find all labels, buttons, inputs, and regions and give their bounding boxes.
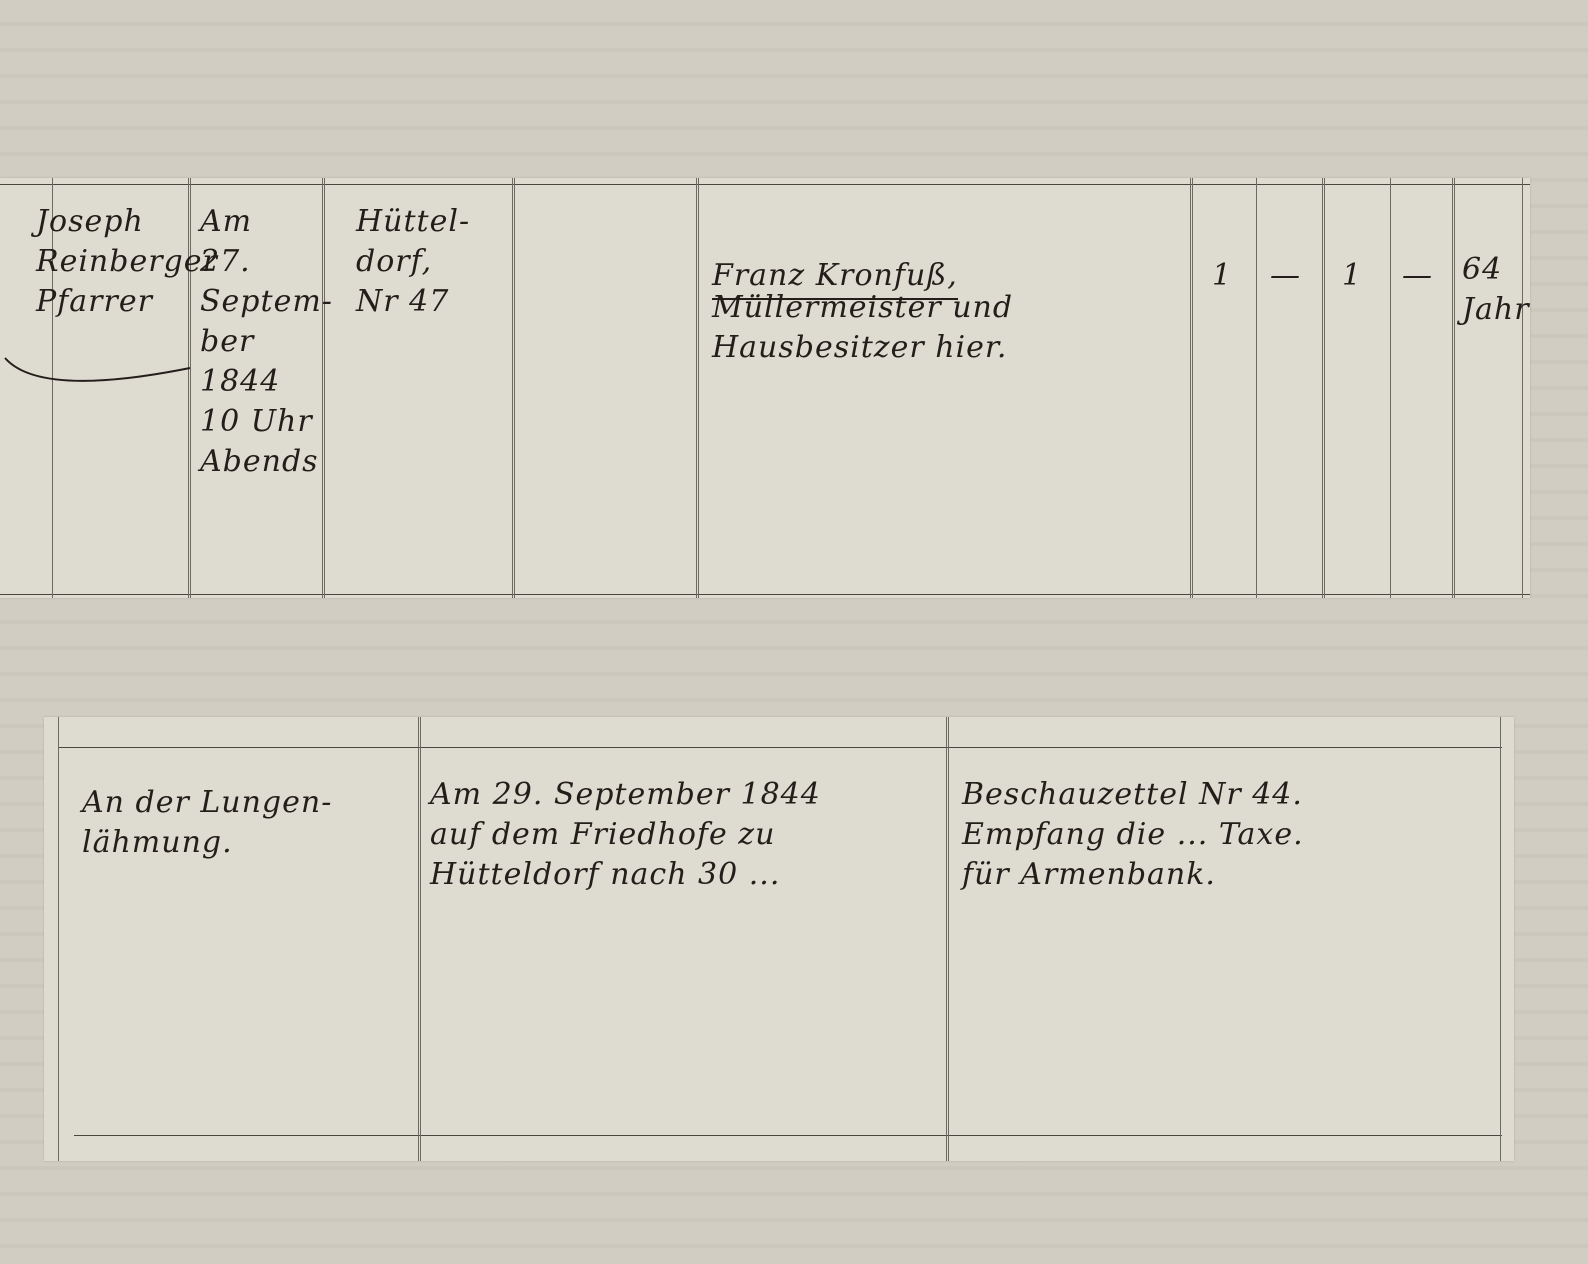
- remarks: Beschauzettel Nr 44. Empfang die ... Tax…: [962, 775, 1492, 895]
- top-rule: [0, 184, 1530, 185]
- bottom-rule: [0, 594, 1530, 595]
- column-rule: [1256, 178, 1257, 598]
- column-rule: [58, 717, 59, 1161]
- bracket-curve: [0, 328, 200, 398]
- cause-of-death: An der Lungen- lähmung.: [82, 783, 412, 863]
- column-rule: [1522, 178, 1523, 598]
- register-row-lower: An der Lungen- lähmung. Am 29. September…: [44, 717, 1514, 1161]
- column-rule: [418, 717, 421, 1161]
- place-of-death: Hüttel- dorf, Nr 47: [356, 202, 516, 322]
- date-of-death: Am 27. Septem- ber 1844 10 Uhr Abends: [200, 202, 325, 482]
- register-row-upper: Joseph Reinberger Pfarrer Am 27. Septem-…: [0, 178, 1530, 598]
- religion-catholic: 1: [1212, 256, 1232, 296]
- sex-male: 1: [1342, 256, 1362, 296]
- occupation: Müllermeister und Hausbesitzer hier.: [712, 288, 1192, 368]
- top-rule: [58, 747, 1502, 748]
- sex-female: —: [1402, 256, 1433, 296]
- column-rule: [1390, 178, 1391, 598]
- column-rule: [1500, 717, 1501, 1161]
- burial-info: Am 29. September 1844 auf dem Friedhofe …: [430, 775, 940, 895]
- column-rule: [696, 178, 699, 598]
- age: 64 Jahr: [1462, 250, 1532, 330]
- column-rule: [946, 717, 949, 1161]
- column-rule: [1322, 178, 1325, 598]
- priest-name: Joseph Reinberger Pfarrer: [36, 202, 196, 322]
- column-rule: [1452, 178, 1455, 598]
- bottom-rule: [74, 1135, 1502, 1136]
- column-rule: [1190, 178, 1193, 598]
- religion-other: —: [1270, 256, 1301, 296]
